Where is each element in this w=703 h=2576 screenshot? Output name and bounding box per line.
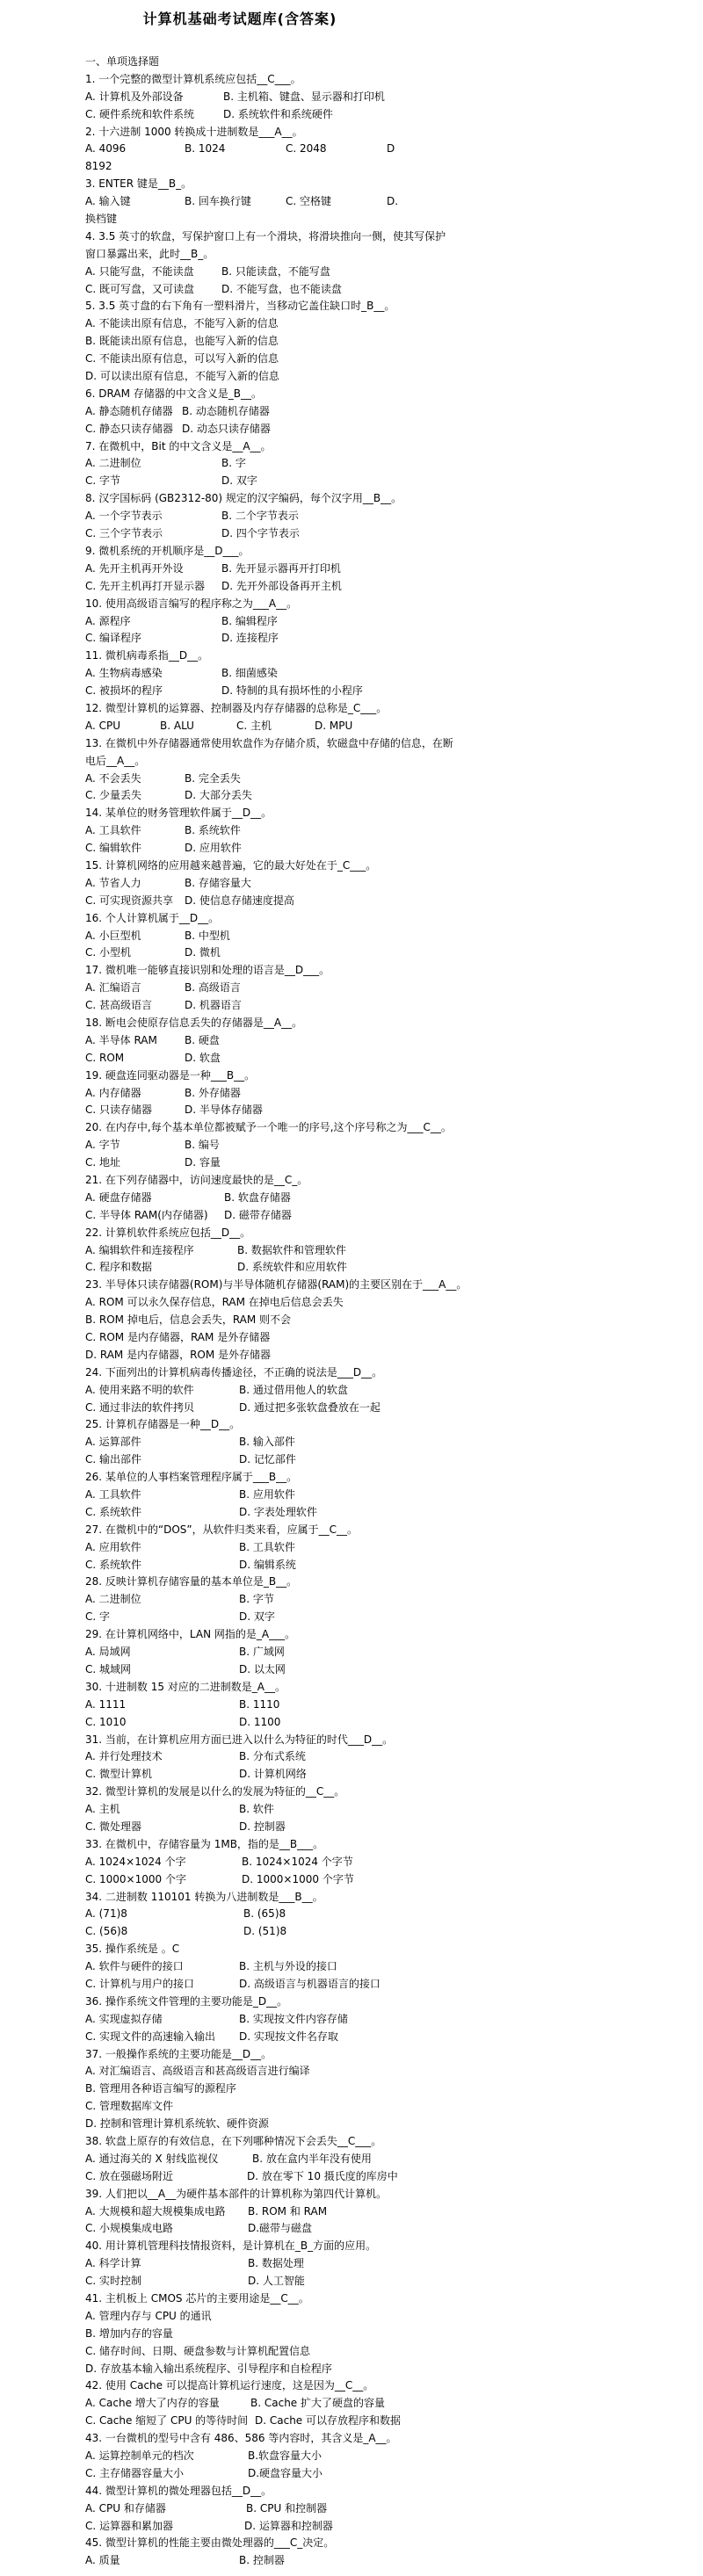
option-column-text: D. 微机	[185, 944, 221, 962]
line-text: 35. 操作系统是 。C	[85, 1941, 179, 1958]
line-text: 22. 计算机软件系统应包括__D__。	[85, 1225, 250, 1242]
option-column-text: D. 实现按文件名存取	[239, 2029, 338, 2046]
text-line: A. 软件与硬件的接口B. 主机与外设的接口	[85, 1958, 700, 1976]
page-title: 计算机基础考试题库(含答案)	[85, 8, 395, 28]
option-column-text: D. 先开外部设备再开主机	[221, 578, 342, 596]
option-column-text: D.磁带与磁盘	[248, 2220, 312, 2238]
line-text: 28. 反映计算机存储容量的基本单位是_B__。	[85, 1574, 297, 1591]
text-line: A. 硬盘存储器B. 软盘存储器	[85, 1190, 700, 1207]
line-text: 30. 十进制数 15 对应的二进制数是_A__。	[85, 1679, 286, 1697]
line-text: D. 可以读出原有信息，不能写入新的信息	[85, 368, 279, 386]
option-column-text: D. 动态只读存储器	[182, 421, 271, 438]
exam-document: 计算机基础考试题库(含答案) 一、单项选择题1. 一个完整的微型计算机系统应包括…	[0, 0, 703, 2576]
text-line: C. 字D. 双字	[85, 1609, 700, 1626]
line-text: C. 编译程序	[85, 630, 141, 648]
line-text: C. 放在强磁场附近	[85, 2168, 173, 2186]
line-text: C. (56)8	[85, 1923, 127, 1941]
text-line: A. 应用软件B. 工具软件	[85, 1539, 700, 1557]
option-column-text: B. 高级语言	[185, 980, 241, 997]
line-text: C. Cache 缩短了 CPU 的等待时间	[85, 2413, 248, 2430]
line-text: 7. 在微机中，Bit 的中文含义是__A__。	[85, 438, 272, 456]
text-line: C. 计算机与用户的接口D. 高级语言与机器语言的接口	[85, 1976, 700, 1994]
line-text: 6. DRAM 存储器的中文含义是_B__。	[85, 386, 262, 403]
line-text: A. ROM 可以永久保存信息，RAM 在掉电后信息会丢失	[85, 1294, 344, 1312]
line-text: C. 通过非法的软件拷贝	[85, 1400, 194, 1417]
line-text: A. 生物病毒感染	[85, 665, 163, 683]
line-text: A. 主机	[85, 1801, 120, 1819]
text-line: C. 1010D. 1100	[85, 1714, 700, 1732]
line-text: C. 主存储器容量大小	[85, 2465, 184, 2483]
line-text: C. 微型计算机	[85, 1766, 152, 1784]
line-text: A. 1024×1024 个字	[85, 1854, 186, 1871]
text-line: C. 编译程序D. 连接程序	[85, 630, 700, 648]
line-text: 10. 使用高级语言编写的程序称之为___A__。	[85, 596, 297, 613]
line-text: 43. 一台微机的型号中含有 486、586 等内容时，其含义是_A__。	[85, 2430, 397, 2448]
line-text: 41. 主机板上 CMOS 芯片的主要用途是__C__。	[85, 2290, 309, 2308]
line-text: A. 不能读出原有信息，不能写入新的信息	[85, 315, 279, 333]
option-column-text: B. 先开显示器再开打印机	[221, 561, 341, 578]
text-line: A. 节省人力B. 存储容量大	[85, 875, 700, 893]
line-text: 20. 在内存中,每个基本单位都被赋予一个唯一的序号,这个序号称之为___C__…	[85, 1119, 452, 1137]
text-line: A. 工具软件B. 系统软件	[85, 822, 700, 840]
text-line: 换档键	[85, 211, 700, 228]
line-text: A. 计算机及外部设备	[85, 89, 184, 106]
line-text: C. 静态只读存储器	[85, 421, 173, 438]
text-line: C. 1000×1000 个字D. 1000×1000 个字节	[85, 1871, 700, 1889]
option-column-text: B. 输入部件	[239, 1434, 295, 1451]
text-line: D. 可以读出原有信息，不能写入新的信息	[85, 368, 700, 386]
option-column-text: D. 编辑系统	[239, 1557, 296, 1574]
line-text: B. 管理用各种语言编写的源程序	[85, 2080, 236, 2098]
text-line: A. 不能读出原有信息，不能写入新的信息	[85, 315, 700, 333]
option-column-text: D.	[387, 193, 398, 211]
line-text: C. 编辑软件	[85, 840, 141, 857]
option-column-text: B. 字节	[239, 1591, 274, 1609]
option-column-text: B. 二个字节表示	[221, 508, 299, 525]
text-line: C. 可实现资源共享D. 使信息存储速度提高	[85, 893, 700, 910]
option-column-text: B. 1024×1024 个字节	[242, 1854, 353, 1871]
line-text: A. 并行处理技术	[85, 1748, 163, 1766]
option-column-text: B. Cache 扩大了硬盘的容量	[250, 2395, 385, 2413]
option-column-text: D. 特制的具有损坏性的小程序	[221, 683, 363, 700]
text-line: C. 储存时间、日期、硬盘参数与计算机配置信息	[85, 2343, 700, 2361]
option-column-text: D. 使信息存储速度提高	[185, 893, 294, 910]
text-line: A. 管理内存与 CPU 的通讯	[85, 2308, 700, 2326]
line-text: C. 地址	[85, 1154, 120, 1172]
text-line: A. 1024×1024 个字B. 1024×1024 个字节	[85, 1854, 700, 1871]
line-text: A. 质量	[85, 2552, 120, 2570]
line-text: D. RAM 是内存储器，ROM 是外存储器	[85, 1347, 271, 1364]
line-text: 42. 使用 Cache 可以提高计算机运行速度，这是因为__C__。	[85, 2377, 373, 2395]
line-text: A. 工具软件	[85, 1487, 141, 1504]
line-text: D. 控制和管理计算机系统软、硬件资源	[85, 2116, 269, 2133]
text-line: 12. 微型计算机的运算器、控制器及内存存储器的总称是_C___。	[85, 700, 700, 718]
line-text: A. CPU	[85, 718, 120, 735]
line-text: 12. 微型计算机的运算器、控制器及内存存储器的总称是_C___。	[85, 700, 387, 718]
text-line: C. 三个字节表示D. 四个字节表示	[85, 525, 700, 543]
option-column-text: B. 1024	[185, 141, 225, 158]
text-line: 29. 在计算机网络中，LAN 网指的是_A___。	[85, 1626, 700, 1644]
text-line: 37. 一般操作系统的主要功能是__D__。	[85, 2046, 700, 2064]
option-column-text: D. MPU	[315, 718, 352, 735]
text-line: 23. 半导体只读存储器(ROM)与半导体随机存储器(RAM)的主要区别在于__…	[85, 1277, 700, 1294]
line-text: C. ROM	[85, 1050, 124, 1067]
text-line: A. 科学计算B. 数据处理	[85, 2255, 700, 2273]
option-column-text: D. 软盘	[185, 1050, 221, 1067]
line-text: A. 运算控制单元的档次	[85, 2448, 194, 2465]
text-line: C. 小规模集成电路D.磁带与磁盘	[85, 2220, 700, 2238]
text-line: 7. 在微机中，Bit 的中文含义是__A__。	[85, 438, 700, 456]
line-text: A. 二进制位	[85, 1591, 141, 1609]
document-lines: 一、单项选择题1. 一个完整的微型计算机系统应包括__C___。A. 计算机及外…	[85, 54, 700, 2570]
line-text: C. 字节	[85, 473, 120, 490]
text-line: A. 小巨型机B. 中型机	[85, 928, 700, 945]
text-line: A. 编辑软件和连接程序B. 数据软件和管理软件	[85, 1242, 700, 1260]
line-text: B. 既能读出原有信息，也能写入新的信息	[85, 333, 279, 351]
line-text: 15. 计算机网络的应用越来越普遍，它的最大好处在于_C___。	[85, 857, 376, 875]
line-text: A. 半导体 RAM	[85, 1032, 157, 1050]
text-line: B. 既能读出原有信息，也能写入新的信息	[85, 333, 700, 351]
line-text: 17. 微机唯一能够直接识别和处理的语言是__D___。	[85, 962, 330, 980]
option-column-text: D. 放在零下 10 摄氏度的库房中	[247, 2168, 398, 2186]
option-column-text: B. 存储容量大	[185, 875, 251, 893]
option-column-text: B. 只能读盘，不能写盘	[221, 264, 330, 281]
line-text: A. 静态随机存储器	[85, 403, 173, 421]
text-line: 27. 在微机中的“DOS”，从软件归类来看，应属于__C__。	[85, 1522, 700, 1539]
option-column-text: D. 计算机网络	[239, 1766, 307, 1784]
option-column-text: D. 系统软件和系统硬件	[223, 106, 333, 124]
text-line: C. ROMD. 软盘	[85, 1050, 700, 1067]
line-text: C. 运算器和累加器	[85, 2518, 173, 2536]
option-column-text: B. 软盘存储器	[224, 1190, 291, 1207]
option-column-text: B.软盘容量大小	[248, 2448, 322, 2465]
text-line: 窗口暴露出来，此时__B_。	[85, 246, 700, 264]
text-line: C. 硬件系统和软件系统D. 系统软件和系统硬件	[85, 106, 700, 124]
line-text: A. 先开主机再开外设	[85, 561, 184, 578]
line-text: 27. 在微机中的“DOS”，从软件归类来看，应属于__C__。	[85, 1522, 358, 1539]
option-column-text: B. 数据处理	[248, 2255, 304, 2273]
option-column-text: D. 双字	[221, 473, 257, 490]
line-text: 1. 一个完整的微型计算机系统应包括__C___。	[85, 71, 301, 89]
text-line: C. 运算器和累加器D. 运算器和控制器	[85, 2518, 700, 2536]
option-column-text: B. 主机与外设的接口	[239, 1958, 337, 1976]
line-text: C. 储存时间、日期、硬盘参数与计算机配置信息	[85, 2343, 310, 2361]
text-line: C. Cache 缩短了 CPU 的等待时间D. Cache 可以存放程序和数据	[85, 2413, 700, 2430]
text-line: 5. 3.5 英寸盘的右下角有一塑料滑片，当移动它盖住缺口时_B__。	[85, 298, 700, 315]
option-column-text: D. 双字	[239, 1609, 275, 1626]
text-line: A. (71)8B. (65)8	[85, 1906, 700, 1923]
option-column-text: D. 1100	[239, 1714, 280, 1732]
option-column-text: B. 通过借用他人的软盘	[239, 1382, 348, 1400]
text-line: A. 内存储器B. 外存储器	[85, 1085, 700, 1103]
option-column-text: C. 空格键	[286, 193, 331, 211]
text-line: 21. 在下列存储器中，访问速度最快的是__C_。	[85, 1172, 700, 1190]
line-text: 2. 十六进制 1000 转换成十进制数是___A__。	[85, 124, 303, 141]
line-text: 24. 下面列出的计算机病毒传播途径，不正确的说法是___D__。	[85, 1364, 382, 1382]
line-text: 44. 微型计算机的微处理器包括__D__。	[85, 2483, 272, 2500]
line-text: C. 可实现资源共享	[85, 893, 173, 910]
text-line: C. 先开主机再打开显示器D. 先开外部设备再开主机	[85, 578, 700, 596]
line-text: C. 1010	[85, 1714, 127, 1732]
option-column-text: B. 编号	[185, 1137, 220, 1154]
text-line: A. 工具软件B. 应用软件	[85, 1487, 700, 1504]
line-text: 34. 二进制数 110101 转换为八进制数是___B__。	[85, 1889, 323, 1907]
line-text: C. 甚高级语言	[85, 997, 152, 1015]
text-line: A. 运算控制单元的档次B.软盘容量大小	[85, 2448, 700, 2465]
option-column-text: B. ALU	[160, 718, 194, 735]
option-column-text: D. 人工智能	[248, 2273, 305, 2290]
line-text: 38. 软盘上原存的有效信息，在下列哪种情况下会丢失__C___。	[85, 2133, 381, 2151]
line-text: A. 1111	[85, 1697, 126, 1714]
text-line: 8. 汉字国标码 (GB2312-80) 规定的汉字编码，每个汉字用__B__。	[85, 490, 700, 508]
line-text: 窗口暴露出来，此时__B_。	[85, 246, 214, 264]
text-line: 11. 微机病毒系指__D__。	[85, 648, 700, 665]
text-line: A. 一个字节表示B. 二个字节表示	[85, 508, 700, 525]
line-text: C. 1000×1000 个字	[85, 1871, 186, 1889]
text-line: A. 先开主机再开外设B. 先开显示器再开打印机	[85, 561, 700, 578]
line-text: A. 不会丢失	[85, 771, 141, 788]
option-column-text: B. (65)8	[243, 1906, 286, 1923]
text-line: 31. 当前，在计算机应用方面已进入以什么为特征的时代___D__。	[85, 1732, 700, 1749]
line-text: A. 运算部件	[85, 1434, 141, 1451]
line-text: A. 二进制位	[85, 455, 141, 473]
text-line: 42. 使用 Cache 可以提高计算机运行速度，这是因为__C__。	[85, 2377, 700, 2395]
text-line: 28. 反映计算机存储容量的基本单位是_B__。	[85, 1574, 700, 1591]
option-column-text: B. 实现按文件内容存储	[239, 2011, 348, 2029]
option-column-text: B. 数据软件和管理软件	[237, 1242, 346, 1260]
line-text: A. (71)8	[85, 1906, 127, 1923]
text-line: A. ROM 可以永久保存信息，RAM 在掉电后信息会丢失	[85, 1294, 700, 1312]
line-text: 32. 微型计算机的发展是以什么的发展为特征的__C__。	[85, 1784, 344, 1801]
line-text: A. 局域网	[85, 1644, 131, 1661]
line-text: A. 管理内存与 CPU 的通讯	[85, 2308, 212, 2326]
text-line: 15. 计算机网络的应用越来越普遍，它的最大好处在于_C___。	[85, 857, 700, 875]
text-line: A. 并行处理技术B. 分布式系统	[85, 1748, 700, 1766]
text-line: C. 被损坏的程序D. 特制的具有损坏性的小程序	[85, 683, 700, 700]
text-line: A. 汇编语言B. 高级语言	[85, 980, 700, 997]
line-text: C. 实时控制	[85, 2273, 141, 2290]
line-text: 33. 在微机中，存储容量为 1MB，指的是__B___。	[85, 1836, 323, 1854]
text-line: A. 大规模和超大规模集成电路B. ROM 和 RAM	[85, 2203, 700, 2221]
line-text: A. 工具软件	[85, 822, 141, 840]
line-text: 40. 用计算机管理科技情报资料，是计算机在_B_方面的应用。	[85, 2238, 376, 2255]
option-column-text: B. 应用软件	[239, 1487, 295, 1504]
line-text: 5. 3.5 英寸盘的右下角有一塑料滑片，当移动它盖住缺口时_B__。	[85, 298, 395, 315]
line-text: A. Cache 增大了内存的容量	[85, 2395, 220, 2413]
text-line: C. 实现文件的高速输入输出D. 实现按文件名存取	[85, 2029, 700, 2046]
line-text: C. 不能读出原有信息，可以写入新的信息	[85, 351, 279, 368]
line-text: 13. 在微机中外存储器通常使用软盘作为存储介质，软磁盘中存储的信息，在断	[85, 735, 453, 753]
text-line: 38. 软盘上原存的有效信息，在下列哪种情况下会丢失__C___。	[85, 2133, 700, 2151]
line-text: 29. 在计算机网络中，LAN 网指的是_A___。	[85, 1626, 295, 1644]
line-text: 31. 当前，在计算机应用方面已进入以什么为特征的时代___D__。	[85, 1732, 393, 1749]
line-text: C. 既可写盘，又可读盘	[85, 281, 194, 299]
line-text: C. 城域网	[85, 1661, 131, 1679]
text-line: 10. 使用高级语言编写的程序称之为___A__。	[85, 596, 700, 613]
text-line: C. 只读存储器D. 半导体存储器	[85, 1102, 700, 1119]
option-column-text: B. CPU 和控制器	[246, 2500, 327, 2518]
line-text: 45. 微型计算机的性能主要由微处理器的___C_决定。	[85, 2535, 334, 2552]
line-text: 39. 人们把以__A__为硬件基本部件的计算机称为第四代计算机。	[85, 2186, 387, 2203]
line-text: 37. 一般操作系统的主要功能是__D__。	[85, 2046, 272, 2064]
text-line: C. 不能读出原有信息，可以写入新的信息	[85, 351, 700, 368]
text-line: A. 质量B. 控制器	[85, 2552, 700, 2570]
line-text: A. 实现虚拟存储	[85, 2011, 163, 2029]
option-column-text: C. 2048	[286, 141, 327, 158]
text-line: A. CPUB. ALUC. 主机D. MPU	[85, 718, 700, 735]
option-column-text: B. 硬盘	[185, 1032, 220, 1050]
line-text: 8. 汉字国标码 (GB2312-80) 规定的汉字编码，每个汉字用__B__。	[85, 490, 402, 508]
text-line: A. 运算部件B. 输入部件	[85, 1434, 700, 1451]
text-line: D. 控制和管理计算机系统软、硬件资源	[85, 2116, 700, 2133]
line-text: 19. 硬盘连同驱动器是一种___B__。	[85, 1067, 255, 1085]
option-column-text: D. 连接程序	[221, 630, 279, 648]
option-column-text: D	[387, 141, 395, 158]
option-column-text: B. 细菌感染	[221, 665, 278, 683]
text-line: 44. 微型计算机的微处理器包括__D__。	[85, 2483, 700, 2500]
text-line: 14. 某单位的财务管理软件属于__D__。	[85, 805, 700, 822]
line-text: A. 只能写盘，不能读盘	[85, 264, 194, 281]
text-line: 20. 在内存中,每个基本单位都被赋予一个唯一的序号,这个序号称之为___C__…	[85, 1119, 700, 1137]
line-text: 一、单项选择题	[85, 54, 159, 71]
option-column-text: D. 记忆部件	[239, 1451, 296, 1469]
text-line: A. 生物病毒感染B. 细菌感染	[85, 665, 700, 683]
text-line: 8192	[85, 158, 700, 176]
line-text: B. ROM 掉电后，信息会丢失，RAM 则不会	[85, 1312, 291, 1329]
line-text: A. 源程序	[85, 613, 131, 631]
option-column-text: D. 应用软件	[185, 840, 242, 857]
line-text: B. 增加内存的容量	[85, 2326, 173, 2343]
option-column-text: D. (51)8	[243, 1923, 286, 1941]
text-line: C. 管理数据库文件	[85, 2098, 700, 2116]
option-column-text: D. 容量	[185, 1154, 221, 1172]
option-column-text: D. Cache 可以存放程序和数据	[255, 2413, 401, 2430]
text-line: A. 对汇编语言、高级语言和甚高级语言进行编译	[85, 2063, 700, 2080]
option-column-text: D. 1000×1000 个字节	[242, 1871, 354, 1889]
line-text: C. 输出部件	[85, 1451, 141, 1469]
line-text: 16. 个人计算机属于__D__。	[85, 910, 219, 928]
line-text: 9. 微机系统的开机顺序是__D___。	[85, 543, 250, 561]
option-column-text: D. 不能写盘，也不能读盘	[221, 281, 342, 299]
option-column-text: D. 系统软件和应用软件	[237, 1259, 347, 1277]
line-text: C. 字	[85, 1609, 110, 1626]
line-text: 36. 操作系统文件管理的主要功能是_D__。	[85, 1994, 287, 2011]
text-line: 35. 操作系统是 。C	[85, 1941, 700, 1958]
text-line: C. 放在强磁场附近D. 放在零下 10 摄氏度的库房中	[85, 2168, 700, 2186]
option-column-text: B. 广域网	[239, 1644, 285, 1661]
text-line: 16. 个人计算机属于__D__。	[85, 910, 700, 928]
text-line: 33. 在微机中，存储容量为 1MB，指的是__B___。	[85, 1836, 700, 1854]
option-column-text: B. 软件	[239, 1801, 274, 1819]
option-column-text: B. 1110	[239, 1697, 279, 1714]
text-line: C. 半导体 RAM(内存储器)D. 磁带存储器	[85, 1207, 700, 1225]
line-text: C. 先开主机再打开显示器	[85, 578, 205, 596]
text-line: 39. 人们把以__A__为硬件基本部件的计算机称为第四代计算机。	[85, 2186, 700, 2203]
line-text: 21. 在下列存储器中，访问速度最快的是__C_。	[85, 1172, 308, 1190]
text-line: 25. 计算机存储器是一种__D__。	[85, 1416, 700, 1434]
line-text: C. ROM 是内存储器，RAM 是外存储器	[85, 1329, 270, 1347]
text-line: C. 程序和数据D. 系统软件和应用软件	[85, 1259, 700, 1277]
line-text: A. 对汇编语言、高级语言和甚高级语言进行编译	[85, 2063, 310, 2080]
line-text: C. 少量丢失	[85, 787, 141, 805]
line-text: C. 实现文件的高速输入输出	[85, 2029, 215, 2046]
line-text: C. 计算机与用户的接口	[85, 1976, 194, 1994]
line-text: C. 半导体 RAM(内存储器)	[85, 1207, 208, 1225]
text-line: A. 主机B. 软件	[85, 1801, 700, 1819]
line-text: 25. 计算机存储器是一种__D__。	[85, 1416, 240, 1434]
text-line: C. 输出部件D. 记忆部件	[85, 1451, 700, 1469]
line-text: C. 微处理器	[85, 1819, 141, 1836]
text-line: A. 静态随机存储器B. 动态随机存储器	[85, 403, 700, 421]
option-column-text: D. 字表处理软件	[239, 1504, 317, 1522]
line-text: C. 管理数据库文件	[85, 2098, 173, 2116]
text-line: A. 不会丢失B. 完全丢失	[85, 771, 700, 788]
text-line: 13. 在微机中外存储器通常使用软盘作为存储介质，软磁盘中存储的信息，在断	[85, 735, 700, 753]
text-line: C. 系统软件D. 字表处理软件	[85, 1504, 700, 1522]
text-line: 9. 微机系统的开机顺序是__D___。	[85, 543, 700, 561]
option-column-text: D. 控制器	[239, 1819, 286, 1836]
line-text: A. 使用来路不明的软件	[85, 1382, 194, 1400]
text-line: A. 字节B. 编号	[85, 1137, 700, 1154]
text-line: 26. 某单位的人事档案管理程序属于___B__。	[85, 1469, 700, 1487]
line-text: C. 硬件系统和软件系统	[85, 106, 194, 124]
line-text: 14. 某单位的财务管理软件属于__D__。	[85, 805, 272, 822]
text-line: C. (56)8D. (51)8	[85, 1923, 700, 1941]
text-line: A. 通过海关的 X 射线监视仪B. 放在盒内半年没有使用	[85, 2151, 700, 2168]
text-line: A. 半导体 RAMB. 硬盘	[85, 1032, 700, 1050]
text-line: C. 静态只读存储器D. 动态只读存储器	[85, 421, 700, 438]
line-text: A. 通过海关的 X 射线监视仪	[85, 2151, 218, 2168]
option-column-text: D. 以太网	[239, 1661, 286, 1679]
option-column-text: D. 四个字节表示	[221, 525, 300, 543]
line-text: 8192	[85, 158, 112, 176]
line-text: A. 软件与硬件的接口	[85, 1958, 184, 1976]
line-text: 3. ENTER 键是__B_。	[85, 176, 192, 193]
line-text: A. 硬盘存储器	[85, 1190, 152, 1207]
option-column-text: D. 运算器和控制器	[244, 2518, 333, 2536]
text-line: A. 二进制位B. 字	[85, 455, 700, 473]
line-text: 26. 某单位的人事档案管理程序属于___B__。	[85, 1469, 297, 1487]
text-line: 34. 二进制数 110101 转换为八进制数是___B__。	[85, 1889, 700, 1907]
text-line: 17. 微机唯一能够直接识别和处理的语言是__D___。	[85, 962, 700, 980]
text-line: 1. 一个完整的微型计算机系统应包括__C___。	[85, 71, 700, 89]
line-text: C. 系统软件	[85, 1557, 141, 1574]
text-line: A. 实现虚拟存储B. 实现按文件内容存储	[85, 2011, 700, 2029]
text-line: A. 1111B. 1110	[85, 1697, 700, 1714]
text-line: C. 少量丢失D. 大部分丢失	[85, 787, 700, 805]
text-line: C. 主存储器容量大小D.硬盘容量大小	[85, 2465, 700, 2483]
line-text: A. 汇编语言	[85, 980, 141, 997]
option-column-text: D. 通过把多张软盘叠放在一起	[239, 1400, 380, 1417]
option-column-text: D. 机器语言	[185, 997, 242, 1015]
text-line: C. 字节D. 双字	[85, 473, 700, 490]
text-line: C. 城域网D. 以太网	[85, 1661, 700, 1679]
line-text: A. 科学计算	[85, 2255, 141, 2273]
option-column-text: B. 编辑程序	[221, 613, 278, 631]
text-line: 22. 计算机软件系统应包括__D__。	[85, 1225, 700, 1242]
line-text: A. 4096	[85, 141, 126, 158]
text-line: C. 编辑软件D. 应用软件	[85, 840, 700, 857]
text-line: A. 计算机及外部设备B. 主机箱、键盘、显示器和打印机	[85, 89, 700, 106]
line-text: A. 节省人力	[85, 875, 141, 893]
option-column-text: B. 工具软件	[239, 1539, 295, 1557]
text-line: 6. DRAM 存储器的中文含义是_B__。	[85, 386, 700, 403]
text-line: C. ROM 是内存储器，RAM 是外存储器	[85, 1329, 700, 1347]
text-line: 2. 十六进制 1000 转换成十进制数是___A__。	[85, 124, 700, 141]
text-line: A. 只能写盘，不能读盘B. 只能读盘，不能写盘	[85, 264, 700, 281]
text-line: 18. 断电会使原存信息丢失的存储器是__A__。	[85, 1015, 700, 1032]
option-column-text: D. 半导体存储器	[185, 1102, 263, 1119]
